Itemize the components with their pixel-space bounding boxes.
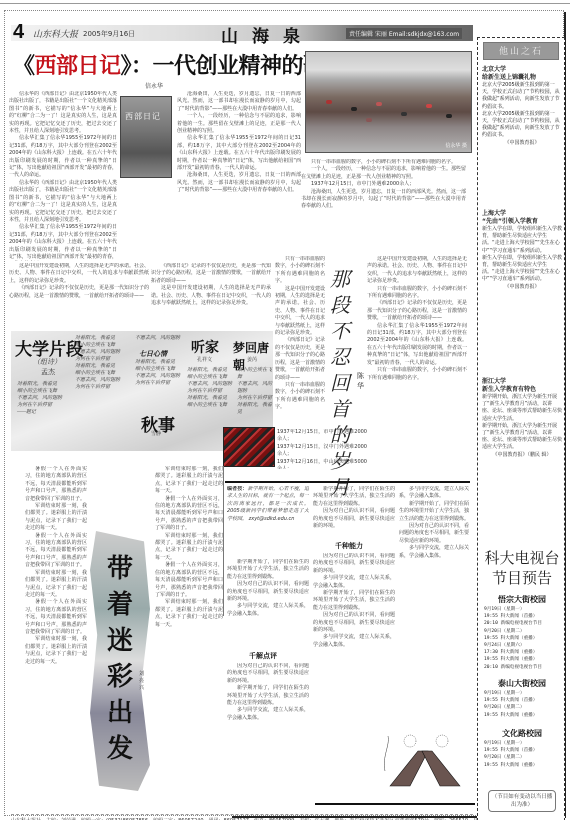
- paragraph: 沧海桑田，人生更迭，岁月遗忘，日复一日的西部风光。然而，这一部书却在漫长而寂静的…: [301, 189, 466, 211]
- tv-schedule: 9月19日（星期一）19:55 科大新闻（首播）20:10 新编电视电视台节目9…: [484, 606, 564, 671]
- paragraph: 信永华汇集了信永华1955至1972年间的日记31部，约18万字，其中大部分刊登…: [9, 135, 117, 179]
- memorial-image: [223, 427, 275, 467]
- lead-article-continued-2: 《西部日记》记录的不仅仅是历史，更是那一代知识分子的心路历程，这是一首激情的赞歌…: [151, 263, 271, 325]
- memoir-dates: 1937年12月15日，市中门外遇难2000余人； 1937年12月15日，汉中…: [277, 429, 367, 469]
- lead-article-col1: 信永华的《西部日记》由北京1950年代人类出版社出版了，书籍是出版社“一个文化精…: [9, 91, 117, 261]
- paragraph: 一个人，一段经历，一种信念与不屈的追求，影响着他的一生。那些留在戈壁滩上的足迹，…: [177, 113, 301, 135]
- tv-note: （节目如有变动以当日播出为准）: [488, 790, 556, 812]
- lead-article-col2: 沧海桑田，人生更迭，岁月遗忘，日复一日的西部风光。然而，这一部书却在漫长而寂静的…: [177, 91, 301, 261]
- poem-author: 孟杰: [41, 369, 55, 376]
- paragraph: 《西部日记》记录的不仅仅是历史，更是那一代知识分子的心路历程，这是一首激情的赞歌…: [151, 263, 271, 285]
- memoir-col2: 这是中国开发建设初期，人生的选择是无声的承诺。社会、历史、人物、事件在日记中交织…: [367, 256, 467, 466]
- tv-channel-name: 泰山大街校园: [478, 678, 566, 689]
- memoir-col1: 只有一串串血腥的数字，小小的碑石刻不下所有遇难同胞的名字。 这是中国开发建设初期…: [275, 256, 325, 426]
- book-cover-title: 西部日记: [125, 111, 161, 122]
- sidebar-header: 他山之石: [483, 42, 559, 60]
- freshman-subhead: 千种能力: [335, 541, 363, 551]
- paragraph: 1937年12月15日，市中门外遇难2000余人；: [301, 181, 466, 188]
- freshman-col3: 多与同学交流，建立人际关系，学会融入集体。 新学期开始了，同学们在陌生的环境里开…: [399, 486, 469, 726]
- paragraph: 信永华的《西部日记》由北京1950年代人类出版社出版了，书籍是出版社“一个文化精…: [9, 180, 117, 224]
- sidebar-news-item: 浙江大学 新生入学教育有特色 新学期开始，浙江大学为新生开展了“新生入学教育月”…: [482, 378, 562, 459]
- poem-title: 大学片段: [15, 335, 83, 360]
- bottom-divider: [315, 803, 475, 805]
- tv-schedule: 9月19日（星期一）19:55 科大新闻（首播）9月20日（星期二）19:55 …: [484, 690, 564, 719]
- freshman-intro: 编者按：新学期开始，心若不瘦，追求人生的目标，就有一个起点，每一次的离家远行，都…: [227, 486, 309, 556]
- freshman-col1b: 因为对自己的认识不同，看问题的角度也不尽相同，新生要尽快适应新的环境。 新学期开…: [227, 663, 309, 803]
- tv-title: 节目预告: [478, 568, 566, 588]
- sidebar-news-item: 上海大学 “先由”引领入学教育 新生入学在即，学校组织新生入学教育，帮助新生尽快…: [482, 210, 562, 291]
- lead-article-continued: 这是中国开发建设初期，人生的选择是无声的承诺。社会、历史、人物、事件在日记中交织…: [9, 263, 149, 325]
- military-col2: 军训结束时那一刻，我们都哭了。迷彩服上的汗渍与泥点，记录下了我们一起走过的每一天…: [155, 466, 223, 801]
- page-footer: 山东科大报社 主编：刘荣满 编辑一室：(0532)86057856 编辑二室：8…: [11, 814, 473, 820]
- tv-title: 科大电视台: [478, 548, 566, 568]
- section-divider: [225, 481, 470, 483]
- poem-lines: 对着阳光，我看见细小的尘埃在飞舞不愿去问，风的翅膀为何在午后停留: [135, 359, 187, 387]
- tv-channel-name: 悟宗大街校园: [478, 594, 566, 605]
- paper-name: 山东科大报: [33, 27, 78, 40]
- hands-illustration: [380, 731, 470, 791]
- book-cover-image: 西部日记: [120, 96, 172, 178]
- poem-lines: 对着阳光，我看见细小的尘埃在飞舞不愿去问，风的翅膀为何在午后停留对着阳光，我看见…: [187, 367, 237, 409]
- freshman-col2: 新学期开始了，同学们在陌生的环境里开始了大学生活，独立生活的能力在这里得到锻炼。…: [313, 486, 395, 536]
- poem-subtitle: （组诗）: [33, 359, 61, 366]
- tv-schedule: 9月19日（星期一）19:55 科大新闻（首播）9月20日（星期二）19:55 …: [484, 740, 564, 769]
- poem-author: 姜芮: [247, 357, 257, 364]
- military-col1: 暑假一个人在外面实习，住的地方离部队的营区不远，每天清晨都能听到军号声和口号声，…: [25, 466, 87, 801]
- lead-headline: 《西部日记》：一代创业精神的歌吟: [13, 49, 346, 80]
- issue-date: 2005年9月16日: [83, 29, 135, 39]
- top-border: [0, 3, 570, 4]
- memoir-intro-text: 只有一串串血腥的数字，小小的碑石刻不下所有遇难同胞的名字。 一个人，一段经历，一…: [301, 159, 466, 259]
- poem-author: 孔祥文: [197, 357, 212, 364]
- landscape-photo: 信永华 摄: [305, 51, 472, 153]
- paragraph: 信永华汇集了信永华1955至1972年间的日记31部，约18万字，其中大部分刊登…: [177, 135, 301, 172]
- poem-title: 听家: [191, 337, 219, 357]
- editor-info: 责任编辑 宋丽 Email:sdkjdx@163.com: [346, 28, 462, 39]
- lead-byline: 信永华: [145, 81, 163, 90]
- military-title: 带着迷彩出发: [101, 551, 139, 767]
- headline-book-name: 西部日记: [35, 54, 121, 79]
- newspaper-page: 4 山东科大报 2005年9月16日 山海泉 责任编辑 宋丽 Email:sdk…: [4, 10, 564, 816]
- masthead: 4 山东科大报 2005年9月16日 山海泉 责任编辑 宋丽 Email:sdk…: [11, 25, 473, 41]
- poem-lines: 细小的尘埃在飞舞不愿去问，风的翅膀为何在午后停留对着阳光，我看见: [237, 367, 273, 416]
- paragraph: 这是中国开发建设初期，人生的选择是无声的承诺。社会、历史、人物、事件在日记中交织…: [9, 263, 149, 285]
- poem-lines: 对着阳光，我看见细小的尘埃在飞舞不愿去问，风的翅膀为何在午后停留对着阳光，我看见…: [75, 335, 127, 391]
- sidebar: 他山之石 北京大学 给新生送上锦囊礼物 北京大学2005级新生报到的第一天，学校…: [477, 37, 565, 820]
- freshman-col1: 新学期开始了，同学们在陌生的环境里开始了大学生活，独立生活的能力在这里得到锻炼。…: [227, 559, 309, 649]
- photo-caption: 信永华 摄: [445, 142, 467, 149]
- sidebar-news-item: 北京大学 给新生送上锦囊礼物 北京大学2005级新生报到的第一天，学校正式启动了…: [482, 66, 562, 147]
- headline-open: 《: [13, 54, 35, 79]
- poem-lines: 对着阳光，我看见 细小的尘埃在飞舞 不愿去问，风的翅膀 为何在午后停留 ——题记: [17, 381, 67, 416]
- paragraph: 沧海桑田，人生更迭，岁月遗忘，日复一日的西部风光。然而，这一部书却在漫长而寂静的…: [177, 91, 301, 113]
- paragraph: 这是中国开发建设初期，人生的选择是无声的承诺。社会、历史、人物、事件在日记中交织…: [151, 285, 271, 307]
- paragraph: 《西部日记》记录的不仅仅是历史，更是那一代知识分子的心路历程，这是一首激情的赞歌…: [9, 285, 149, 300]
- poem-title: 七日心情: [139, 349, 167, 359]
- poem-author: 雪静: [151, 431, 161, 438]
- military-author: 刘亮兴: [139, 671, 147, 692]
- poem-lines: 不愿去问，风的翅膀: [135, 335, 187, 342]
- column-rule: [223, 466, 224, 616]
- section-name: 山海泉: [221, 22, 314, 47]
- page-number: 4: [13, 21, 24, 44]
- paragraph: 信永华汇集了信永华1955至1972年间的日记31部，约18万字，其中大部分刊登…: [9, 224, 117, 261]
- paragraph: 信永华的《西部日记》由北京1950年代人类出版社出版了，书籍是出版社“一个文化精…: [9, 91, 117, 135]
- paragraph: 沧海桑田，人生更迭，岁月遗忘，日复一日的西部风光。然而，这一部书却在漫长而寂静的…: [177, 172, 301, 194]
- paragraph: 一个人，一段经历，一种信念与不屈的追求，影响着他的一生。那些留在戈壁滩上的足迹，…: [301, 166, 466, 181]
- memoir-author: 陈华: [357, 371, 367, 391]
- tv-channel-name: 文化路校园: [478, 728, 566, 739]
- freshman-subhead: 千解点评: [249, 651, 277, 661]
